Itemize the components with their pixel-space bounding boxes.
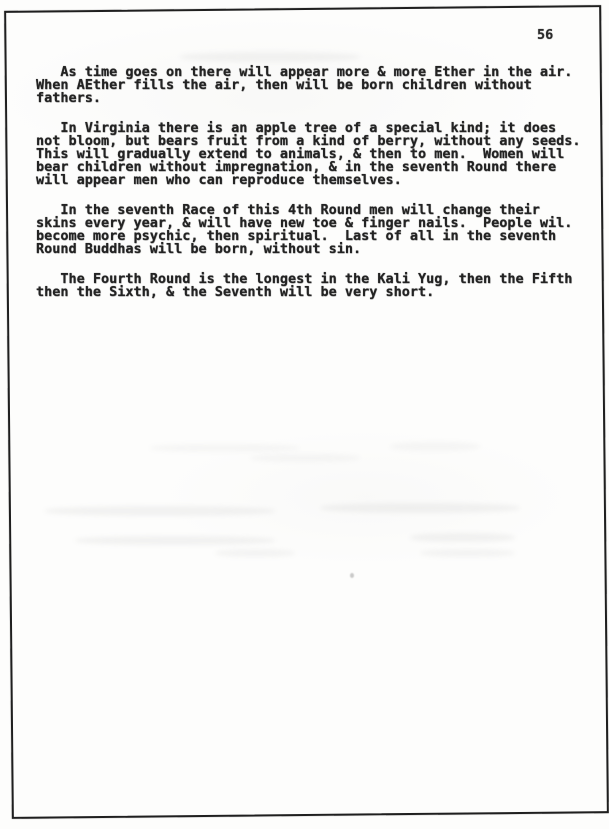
bleed-through-smudge xyxy=(420,549,515,557)
paragraph: In Virginia there is an apple tree of a … xyxy=(36,122,588,187)
text-line: When AEther fills the air, then will be … xyxy=(36,79,588,92)
bleed-through-smudge xyxy=(390,442,480,451)
text-line: will appear men who can reproduce themse… xyxy=(36,174,588,187)
bleed-through-smudge xyxy=(215,549,295,557)
paragraph: In the seventh Race of this 4th Round me… xyxy=(36,204,588,256)
bleed-through-smudge xyxy=(320,503,520,513)
page-number: 56 xyxy=(537,27,553,43)
bleed-through-smudge xyxy=(150,444,300,452)
bleed-through-smudge xyxy=(410,533,515,542)
bleed-through-smudge xyxy=(75,536,275,545)
page-text: As time goes on there will appear more &… xyxy=(36,66,588,316)
text-line: Round Buddhas will be born, without sin. xyxy=(36,243,588,256)
bleed-through-smudge xyxy=(250,454,360,462)
text-line: fathers. xyxy=(36,92,588,105)
text-line: then the Sixth, & the Seventh will be ve… xyxy=(36,286,588,299)
paragraph: As time goes on there will appear more &… xyxy=(36,66,588,105)
ink-speck xyxy=(350,573,354,578)
scanned-page: 56 As time goes on there will appear mor… xyxy=(0,0,609,829)
bleed-through-smudge xyxy=(45,506,275,516)
bleed-through-smudge xyxy=(180,52,360,62)
paragraph: The Fourth Round is the longest in the K… xyxy=(36,273,588,299)
